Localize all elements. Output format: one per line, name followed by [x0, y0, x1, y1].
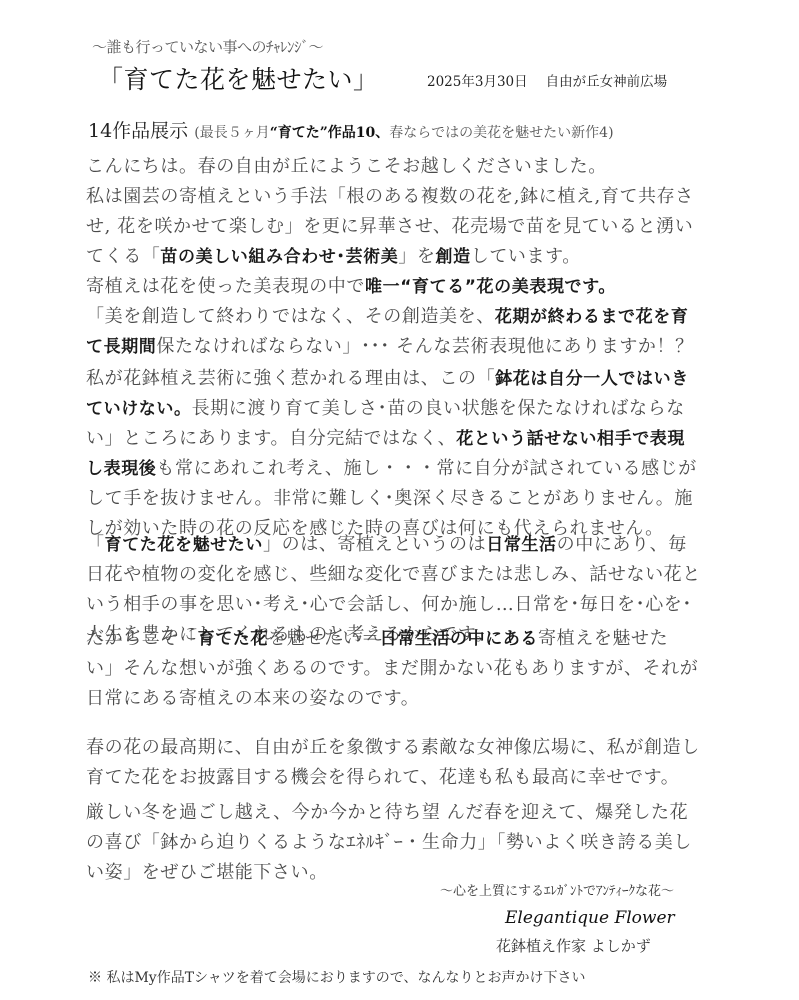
text-line: 日常にある寄植えの本来の姿なのです。: [86, 684, 726, 714]
text-span: 私が花鉢植え芸術に強く惹かれる理由は、この「: [86, 368, 495, 389]
text-span: 長期に渡り育て美しさ･苗の良い状態を保たなければならな: [192, 398, 685, 419]
text-span: だからこそ「: [86, 628, 198, 649]
paragraph-reason: 私が花鉢植え芸術に強く惹かれる理由は、この「鉢花は自分一人ではいき ていけない。…: [86, 364, 726, 544]
text-span: 」を: [398, 246, 435, 267]
emphasis: 花期が終わるまで花を育: [495, 307, 689, 327]
emphasis: 日常生活: [486, 535, 556, 555]
signature-tagline: ～心を上質にするｴﾚｶﾞﾝﾄでｱﾝﾃｨｰｸな花～: [440, 880, 674, 899]
text-span: 「: [86, 534, 105, 555]
paragraph-invitation: 厳しい冬を過ごし越え、今か今かと待ち望 んだ春を迎えて、爆発した花 の喜び「鉢か…: [86, 798, 726, 888]
emphasis: 日常生活の中にある: [380, 629, 538, 649]
emphasis: 育てた花を魅せたい: [105, 535, 263, 555]
paragraph-therefore: だからこそ「育てた花を魅せたい＝日常生活の中にある寄植えを魅せた い」そんな想い…: [86, 624, 726, 714]
text-span: い」ところにあります。自分完結ではなく、: [86, 428, 456, 449]
text-span: の中にあり、毎: [557, 534, 687, 555]
text-line: こんにちは。春の自由が丘にようこそお越しくださいました。: [86, 152, 726, 182]
text-line: の喜び「鉢から迫りくるようなｴﾈﾙｷﾞｰ・生命力」「勢いよく咲き誇る美し: [86, 828, 726, 858]
paragraph-spring: 春の花の最高期に、自由が丘を象徴する素敵な女神像広場に、私が創造し 育てた花をお…: [86, 733, 726, 793]
footer-note: ※ 私はMy作品Tシャツを着て会場におりますので、なんなりとお声かけ下さい: [88, 967, 585, 987]
text-line: い」そんな想いが強くあるのです。まだ開かない花もありますが、それが: [86, 654, 726, 684]
text-line: 日花や植物の変化を感じ、些細な変化で喜びまたは悲しみ、話せない花と: [86, 560, 726, 590]
emphasis: 創造: [436, 247, 471, 267]
text-line: 育てた花をお披露目する機会を得られて、花達も私も最高に幸せです。: [86, 763, 726, 793]
text-span: も常にあれこれ考え、施し・・・常に自分が試されている感じが: [156, 458, 696, 479]
exhibit-detail: (最長５ヶ月“育てた”作品10、春ならではの美花を魅せたい新作4): [194, 125, 613, 141]
event-location: 自由が丘女神前広場: [546, 74, 668, 90]
emphasis: 育てた花: [198, 629, 268, 649]
text-line: 私が花鉢植え芸術に強く惹かれる理由は、この「鉢花は自分一人ではいき: [86, 364, 726, 394]
text-line: てくる「苗の美しい組み合わせ･芸術美」を創造しています。: [86, 242, 726, 272]
emphasis: し表現後: [86, 459, 156, 479]
text-line: い」ところにあります。自分完結ではなく、花という話せない相手で表現: [86, 424, 726, 454]
emphasis: 花という話せない相手で表現: [456, 429, 685, 449]
text-line: 「美を創造して終わりではなく、その創造美を、花期が終わるまで花を育: [86, 302, 726, 332]
text-line: 厳しい冬を過ごし越え、今か今かと待ち望 んだ春を迎えて、爆発した花: [86, 798, 726, 828]
exhibit-detail-post: 春ならではの美花を魅せたい新作4): [389, 125, 613, 141]
text-line: 私は園芸の寄植えという手法「根のある複数の花を,鉢に植え,育て共存さ: [86, 182, 726, 212]
text-line: て長期間保たなければならない」･･･ そんな芸術表現他にありますか！？: [86, 332, 726, 362]
text-line: して手を抜けません。非常に難しく･奥深く尽きることがありません。施: [86, 484, 726, 514]
exhibit-detail-bold: “育てた”作品10、: [270, 125, 390, 141]
exhibit-summary: 14作品展示 (最長５ヶ月“育てた”作品10、春ならではの美花を魅せたい新作4): [88, 116, 614, 143]
text-span: 」のは、寄植えというのは: [263, 534, 486, 555]
text-line: せ, 花を咲かせて楽しむ」を更に昇華させ、花売場で苗を見ていると湧い: [86, 212, 726, 242]
text-span: 「美を創造して終わりではなく、その創造美を、: [86, 306, 495, 327]
text-line: ていけない。長期に渡り育て美しさ･苗の良い状態を保たなければならな: [86, 394, 726, 424]
emphasis: て長期間: [86, 337, 156, 357]
header-subtitle: ～誰も行っていない事へのﾁｬﾚﾝｼﾞ～: [92, 36, 323, 57]
emphasis: 鉢花は自分一人ではいき: [495, 369, 689, 389]
exhibit-count: 14作品展示: [88, 120, 188, 142]
paragraph-unique-art: 寄植えは花を使った美表現の中で唯一“育てる”花の美表現です。 「美を創造して終わ…: [86, 272, 726, 362]
text-span: を魅せたい＝: [268, 628, 380, 649]
text-line: だからこそ「育てた花を魅せたい＝日常生活の中にある寄植えを魅せた: [86, 624, 726, 654]
exhibit-detail-pre: (最長５ヶ月: [194, 125, 269, 141]
event-date-location: 2025年3月30日自由が丘女神前広場: [427, 70, 667, 90]
text-line: いう相手の事を思い･考え･心で会話し、何か施し…日常を･毎日を･心を･: [86, 590, 726, 620]
text-span: 寄植えは花を使った美表現の中で: [86, 276, 365, 297]
text-span: てくる「: [86, 246, 160, 267]
emphasis: 苗の美しい組み合わせ･芸術美: [160, 247, 398, 267]
text-span: しています。: [471, 246, 581, 267]
text-line: 寄植えは花を使った美表現の中で唯一“育てる”花の美表現です。: [86, 272, 726, 302]
emphasis: 唯一“育てる”花の美表現です。: [365, 277, 616, 297]
text-line: 春の花の最高期に、自由が丘を象徴する素敵な女神像広場に、私が創造し: [86, 733, 726, 763]
text-span: 寄植えを魅せた: [538, 628, 668, 649]
paragraph-greeting: こんにちは。春の自由が丘にようこそお越しくださいました。 私は園芸の寄植えという…: [86, 152, 726, 272]
text-line: 「育てた花を魅せたい」のは、寄植えというのは日常生活の中にあり、毎: [86, 530, 726, 560]
event-date: 2025年3月30日: [427, 74, 528, 90]
text-line: し表現後も常にあれこれ考え、施し・・・常に自分が試されている感じが: [86, 454, 726, 484]
text-span: 保たなければならない」･･･ そんな芸術表現他にありますか！？: [156, 336, 693, 357]
emphasis: ていけない。: [86, 399, 192, 419]
artist-name: 花鉢植え作家 よしかず: [496, 935, 651, 956]
brand-name: Elegantique Flower: [505, 908, 675, 928]
page-title: 「育てた花を魅せたい」: [98, 60, 379, 96]
